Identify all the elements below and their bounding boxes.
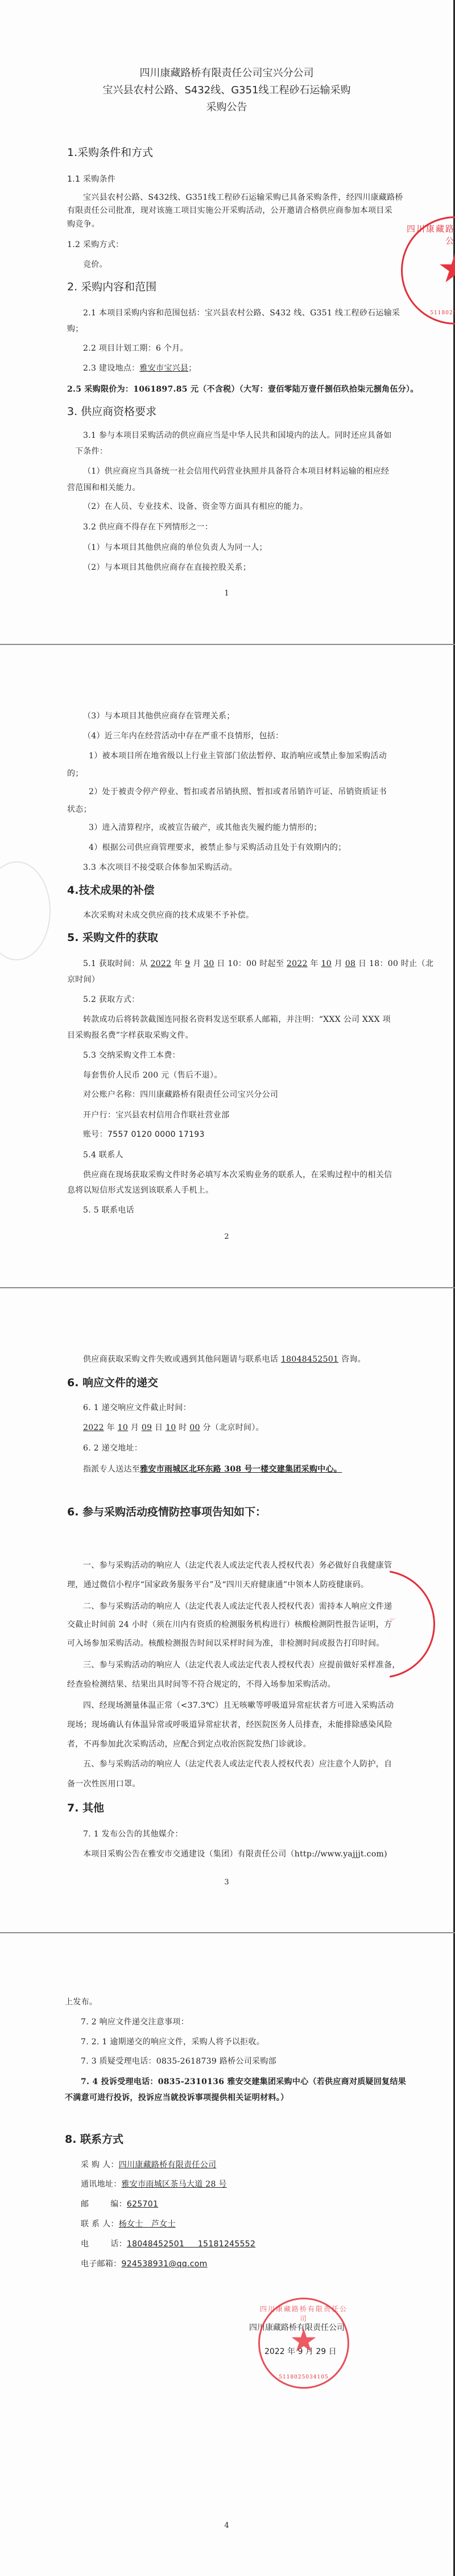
contact-label: 电 话： bbox=[81, 2240, 127, 2249]
text: 日 bbox=[152, 1423, 166, 1432]
text: 日 18：00 时止（北 bbox=[355, 959, 433, 968]
faint-stamp-impression bbox=[0, 861, 51, 960]
s6-2-label: 6. 2 递交地址： bbox=[83, 1443, 142, 1453]
s1-2-label: 1.2 采购方式： bbox=[67, 240, 123, 250]
s5-5-body: 供应商获取采购文件失败或遇到其他问题请与联系电话 18048452501 咨询。 bbox=[83, 1354, 366, 1365]
section-3-heading: 3. 供应商资格要求 bbox=[67, 405, 156, 418]
s3-3: 3.3 本次项目不接受联合体参加采购活动。 bbox=[83, 862, 237, 873]
text: 咨询。 bbox=[338, 1355, 366, 1364]
contact-row-postcode: 邮 编：625701 bbox=[81, 2199, 158, 2209]
s5-2-label: 5.2 获取方式： bbox=[83, 995, 139, 1005]
stamp-code: 5118025034105 bbox=[260, 2374, 348, 2380]
s1-1-body-1: 宝兴县农村公路、S432线、G351线工程砂石运输采购已具备采购条件，经四川康藏… bbox=[83, 192, 403, 203]
s3-2-item-3: （3）与本项目其他供应商存在管理关系； bbox=[83, 711, 235, 721]
page-number: 3 bbox=[0, 1878, 453, 1887]
s5-2-body-2: 目采购报名费”字样获取采购文件。 bbox=[67, 1030, 193, 1041]
page-number: 1 bbox=[0, 589, 453, 598]
text: 供应商获取采购文件失败或遇到其他问题请与联系电话 bbox=[83, 1355, 281, 1364]
end-day: 08 bbox=[345, 959, 355, 968]
s1-1-label: 1.1 采购条件 bbox=[67, 174, 115, 184]
page-4: 上发布。 7. 2 响应文件递交注意事项： 7. 2. 1 逾期递交的响应文件，… bbox=[0, 1933, 455, 2576]
text: 月 bbox=[332, 959, 345, 968]
epidemic-2-line-1: 二、参与采购活动的响应人（法定代表人或法定代表人授权代表）需持本人响应文件递 bbox=[83, 1601, 392, 1612]
contact-value: 杨女士 芦女士 bbox=[119, 2220, 176, 2229]
s1-2-body: 竞价。 bbox=[83, 260, 107, 270]
epidemic-3-line-2: 经查验检测结果、结果出具时间等不符合规定的，不得入场参加采购活动。 bbox=[67, 1679, 336, 1690]
s2-2: 2.2 项目计划工期：6 个月。 bbox=[83, 343, 188, 354]
epidemic-5-line-2: 备一次性医用口罩。 bbox=[67, 1779, 140, 1789]
contact-value: 雅安市雨城区茶马大道 28 号 bbox=[122, 2180, 227, 2189]
title-line-1: 四川康藏路桥有限责任公司宝兴分公司 bbox=[0, 67, 453, 80]
account-name: 对公账户名称：四川康藏路桥有限责任公司宝兴分公司 bbox=[83, 1090, 278, 1100]
text: 指派专人送达至 bbox=[83, 1465, 140, 1474]
s4-body: 本次采购对未成交供应商的技术成果不予补偿。 bbox=[83, 910, 254, 921]
title-line-2: 宝兴县农村公路、S432线、G351线工程砂石运输采购 bbox=[0, 84, 453, 97]
s2-1-line-1: 2.1 本项目采购内容和范围包括：宝兴县农村公路、S432 线、G351 线工程… bbox=[83, 308, 400, 318]
contact-label: 采 购 人： bbox=[81, 2160, 119, 2170]
s3-1-line-1: 3.1 参与本项目采购活动的供应商应当是中华人民共和国境内的法人。同时还应具备如 bbox=[83, 430, 392, 441]
s1-1-body-2: 有限责任公司批准，现对该施工项目实施公开采购活动，公开邀请合格供应商参加本项目采 bbox=[67, 206, 392, 216]
contact-row-purchaser: 采 购 人：四川康藏路桥有限责任公司 bbox=[81, 2160, 216, 2170]
contact-value: 18048452501 15181245552 bbox=[127, 2240, 255, 2249]
s5-4-body-2: 息将以短信形式发送到该联系人手机上。 bbox=[67, 1185, 213, 1195]
epidemic-1-line-1: 一、参与采购活动的响应人（法定代表人或法定代表人授权代表）务必做好自我健康管 bbox=[83, 1560, 392, 1571]
contact-label: 邮 编： bbox=[81, 2200, 127, 2209]
epidemic-4-line-2: 现场；现场确认有体温异常或呼吸道异常症状者，经医院医务人员排查，未能排除感染风险 bbox=[67, 1720, 392, 1730]
start-month: 9 bbox=[185, 959, 190, 968]
end-year: 2022 bbox=[287, 959, 308, 968]
s3-1-item-1-line-2: 营范围和相关能力。 bbox=[67, 483, 140, 493]
section-6-heading: 6. 响应文件的递交 bbox=[67, 1376, 158, 1390]
page-number: 4 bbox=[0, 2521, 453, 2530]
start-year: 2022 bbox=[150, 959, 171, 968]
text: 年 bbox=[308, 959, 321, 968]
s5-4-label: 5.4 联系人 bbox=[83, 1150, 123, 1160]
s5-3-label: 5.3 交纳采购文件工本费： bbox=[83, 1050, 180, 1061]
page-3: 供应商获取采购文件失败或遇到其他问题请与联系电话 18048452501 咨询。… bbox=[0, 1288, 455, 1932]
s2-1-line-2: 购； bbox=[67, 324, 84, 334]
s2-5-price-limit: 2.5 采购限价为：1061897.85 元（不含税）（大写：壹佰零陆万壹仟捌佰… bbox=[67, 384, 419, 395]
epidemic-2-line-2: 交截止时间前 24 小时（须在川内有资质的检测服务机构进行）核酸检测阴性报告证明… bbox=[67, 1620, 392, 1630]
text: 分（北京时间）。 bbox=[200, 1423, 264, 1432]
end-month: 10 bbox=[321, 959, 332, 968]
s2-3-end: ； bbox=[188, 364, 196, 373]
text: 日 10：00 时起至 bbox=[214, 959, 287, 968]
epidemic-4-line-3: 者，不再参加此次采购活动，应配合到定点收治医院发热门诊就诊。 bbox=[67, 1739, 311, 1749]
contact-row-person: 联 系 人：杨女士 芦女士 bbox=[81, 2219, 176, 2229]
s7-4-line-1: 7. 4 投诉受理电话：0835-2310136 雅安交建集团采购中心（若供应商… bbox=[81, 2077, 406, 2087]
section-8-heading: 8. 联系方式 bbox=[65, 2133, 123, 2146]
text: 年 bbox=[171, 959, 185, 968]
section-1-heading: 1.采购条件和方式 bbox=[67, 146, 153, 159]
s5-1-prefix: 5.1 获取时间：从 bbox=[83, 959, 150, 968]
s3-1-item-2: （2）在人员、专业技术、设备、资金等方面具有相应的能力。 bbox=[83, 502, 308, 512]
account-number: 账号：7557 0120 0000 17193 bbox=[83, 1129, 205, 1140]
s5-2-body-1: 转款成功后将转款截图连同报名资料发送至联系人邮箱，并注明：“XXX 公司 XXX… bbox=[83, 1014, 391, 1025]
contact-value: 625701 bbox=[127, 2200, 158, 2209]
epidemic-5-line-1: 五、参与采购活动的响应人（法定代表人或法定代表人授权代表）应注意个人防护，自 bbox=[83, 1759, 392, 1769]
stamp-code: 5118025034105 bbox=[403, 310, 455, 316]
contact-label: 通讯地址： bbox=[81, 2180, 122, 2189]
deadline-year: 2022 bbox=[83, 1423, 104, 1432]
deadline-minute: 00 bbox=[189, 1423, 200, 1432]
company-seal-stamp: 四川康藏路桥有限责任公司 ★ 5118025034105 bbox=[258, 2298, 349, 2389]
start-day: 30 bbox=[204, 959, 214, 968]
s5-4-body-1: 供应商在现场获取采购文件时务必填写本次采购业务的联系人，在采购过程中的相关信 bbox=[83, 1170, 392, 1180]
fee: 每套售价人民币 200 元（售后不退）。 bbox=[83, 1070, 222, 1080]
s3-2-label: 3.2 供应商不得存在下列情形之一： bbox=[83, 522, 213, 532]
s3-2-item-1: （1）与本项目其他供应商的单位负责人为同一人； bbox=[83, 543, 267, 553]
s3-2-sub-1-line-1: 1）被本项目所在地省级以上行业主管部门依法暂停、取消响应或禁止参加采购活动 bbox=[89, 751, 387, 761]
epidemic-4-line-1: 四、经现场测量体温正常（<37.3℃）且无咳嗽等呼吸道异常症状者方可进入采购活动 bbox=[83, 1700, 394, 1711]
epidemic-2-line-3: 可入场参加采购活动。核酸检测报告时间以采样时间为准，非检测时间或报告打印时间。 bbox=[67, 1638, 384, 1649]
s7-2-label: 7. 2 响应文件递交注意事项： bbox=[81, 2017, 189, 2027]
s3-2-sub-3: 3）进入清算程序，或被宣告破产，或其他丧失履约能力情形的； bbox=[89, 823, 322, 833]
s3-2-sub-2-line-1: 2）处于被责令停产停业、暂扣或者吊销执照、暂扣或者吊销许可证、吊销资质证书 bbox=[89, 787, 387, 797]
s2-3: 2.3 建设地点：雅安市宝兴县； bbox=[83, 363, 197, 373]
deadline-hour: 10 bbox=[166, 1423, 176, 1432]
s7-2-1: 7. 2. 1 逾期递交的响应文件，采购人将予以拒收。 bbox=[81, 2037, 264, 2047]
text: 月 bbox=[128, 1423, 142, 1432]
s6-1-label: 6. 1 递交响应文件截止时间： bbox=[83, 1403, 191, 1413]
text: 月 bbox=[190, 959, 204, 968]
contact-label: 联 系 人： bbox=[81, 2220, 119, 2229]
epidemic-1-line-2: 理，通过微信小程序“国家政务服务平台”及“四川天府健康通”中领本人防疫健康码。 bbox=[67, 1580, 369, 1590]
page-1: 四川康藏路桥有限责任公司宝兴分公司 宝兴县农村公路、S432线、G351线工程砂… bbox=[0, 0, 455, 644]
s3-1-item-1-line-1: （1）供应商应当具备统一社会信用代码营业执照并具备符合本项目材料运输的相应经 bbox=[83, 466, 389, 476]
star-icon: ★ bbox=[289, 2322, 318, 2361]
stamp-ring-text: 四川康藏路桥有限责任公司 bbox=[403, 223, 455, 246]
s7-1-label: 7. 1 发布公告的其他媒介： bbox=[83, 1829, 183, 1839]
contact-row-address: 通讯地址：雅安市雨城区茶马大道 28 号 bbox=[81, 2179, 227, 2189]
contact-row-phone: 电 话：18048452501 15181245552 bbox=[81, 2239, 255, 2249]
s6-2-address: 指派专人送达至雅安市雨城区北环东路 308 号一楼交建集团采购中心。 bbox=[83, 1464, 342, 1474]
company-seal-stamp: 四川康藏路桥有限责任公司 ★ 5118025034105 bbox=[401, 216, 455, 324]
section-4-heading: 4.技术成果的补偿 bbox=[67, 884, 154, 897]
page-2: （3）与本项目其他供应商存在管理关系； （4）近三年内在经营活动中存在严重不良情… bbox=[0, 645, 455, 1287]
s5-1-line-2: 京时间） bbox=[67, 975, 100, 985]
s1-1-body-3: 购竞争。 bbox=[67, 219, 100, 229]
deadline: 2022 年 10 月 09 日 10 时 00 分（北京时间）。 bbox=[83, 1423, 264, 1433]
s7-4-line-2: 不满意可进行投诉，投诉应当就投诉事项提供相关证明材料。） bbox=[65, 2093, 288, 2103]
s3-2-item-2: （2）与本项目其他供应商存在直接控股关系； bbox=[83, 562, 251, 573]
text: 时 bbox=[176, 1423, 190, 1432]
s3-2-sub-1-line-2: 的； bbox=[67, 769, 84, 779]
section-2-heading: 2. 采购内容和范围 bbox=[67, 280, 156, 294]
s5-1-line-1: 5.1 获取时间：从 2022 年 9 月 30 日 10：00 时起至 202… bbox=[83, 959, 433, 969]
contact-value: 四川康藏路桥有限责任公司 bbox=[119, 2160, 217, 2170]
s5-5-label: 5. 5 联系电话 bbox=[83, 1205, 134, 1215]
stamp-ring-text: 四川康藏路桥有限责任公司 bbox=[260, 2304, 348, 2323]
bank: 开户行：宝兴县农村信用合作联社营业部 bbox=[83, 1110, 229, 1120]
section-5-heading: 5. 采购文件的获取 bbox=[67, 931, 158, 944]
star-icon: ★ bbox=[437, 249, 455, 289]
page-number: 2 bbox=[0, 1232, 453, 1242]
deadline-day: 09 bbox=[142, 1423, 152, 1432]
s7-3: 7. 3 质疑受理电话：0835-2618739 路桥公司采购部 bbox=[81, 2056, 276, 2066]
s2-3-location: 雅安市宝兴县 bbox=[139, 364, 188, 373]
s3-2-sub-4: 4）根据公司供应商管理要求，被禁止参与采购活动且处于有效期内的； bbox=[89, 843, 346, 853]
s2-3-label: 2.3 建设地点： bbox=[83, 364, 139, 373]
contact-label: 电子邮箱： bbox=[81, 2259, 122, 2269]
epidemic-heading: 6. 参与采购活动疫情防控事项告知如下： bbox=[67, 1505, 266, 1519]
s7-1-body: 本项目采购公告在雅安市交通建设（集团）有限责任公司（http://www.yaj… bbox=[83, 1849, 387, 1859]
s3-2-item-4: （4）近三年内在经营活动中存在严重不良情形，包括： bbox=[83, 731, 283, 741]
title-line-3: 采购公告 bbox=[0, 101, 453, 114]
contact-row-email: 电子邮箱：924538931@qq.com bbox=[81, 2259, 208, 2269]
text: 年 bbox=[104, 1423, 118, 1432]
section-7-heading: 7. 其他 bbox=[67, 1801, 104, 1815]
submission-address: 雅安市雨城区北环东路 308 号一楼交建集团采购中心。 bbox=[140, 1465, 342, 1474]
contact-phone: 18048452501 bbox=[281, 1355, 338, 1364]
contact-value: 924538931@qq.com bbox=[122, 2259, 208, 2269]
epidemic-3-line-1: 三、参与采购活动的响应人（法定代表人或法定代表人授权代表）应提前做好采样准备， bbox=[83, 1660, 400, 1670]
s3-1-line-2: 下条件： bbox=[75, 446, 107, 457]
s7-1-continued: 上发布。 bbox=[65, 1997, 97, 2007]
s3-2-sub-2-line-2: 状态； bbox=[67, 804, 92, 815]
deadline-month: 10 bbox=[118, 1423, 128, 1432]
